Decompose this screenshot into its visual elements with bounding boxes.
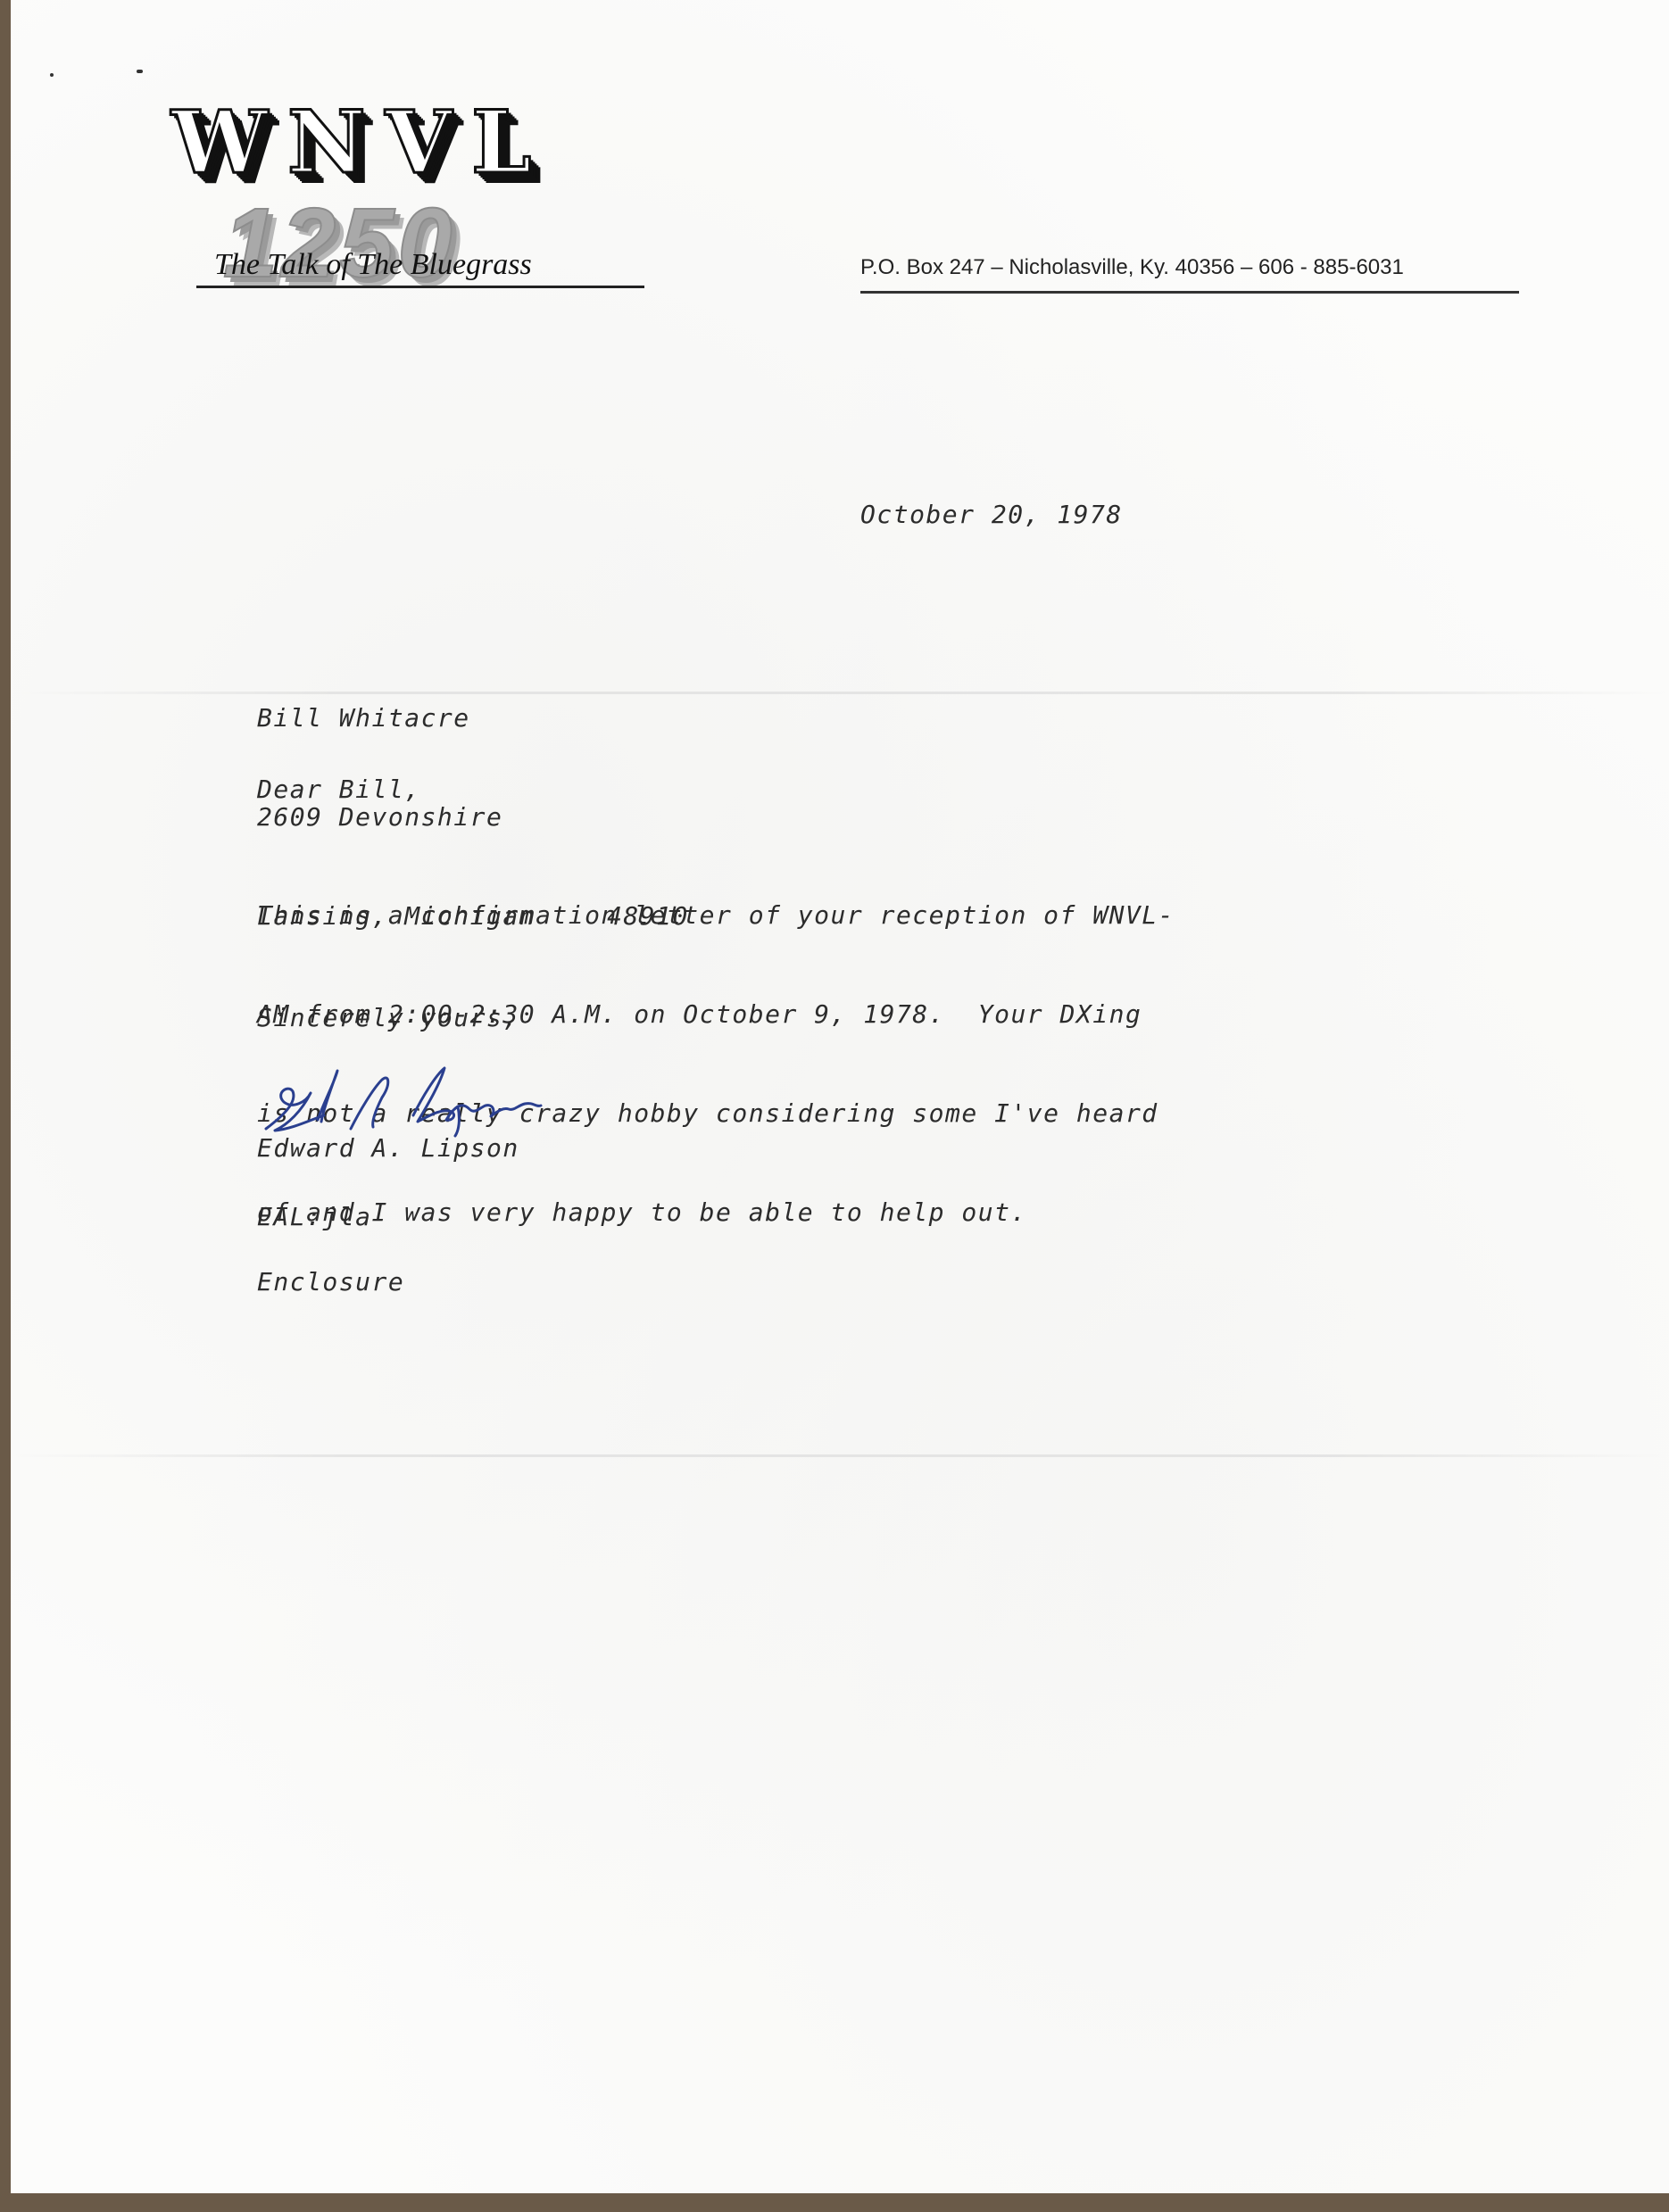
station-call-letters-logo: WNVL [171, 100, 552, 186]
signer-name: Edward A. Lipson [257, 1131, 519, 1164]
body-line: of and I was very happy to be able to he… [257, 1196, 1175, 1229]
letter-date: October 20, 1978 [860, 498, 1123, 531]
handwritten-signature [257, 1066, 596, 1138]
body-line: This is a confirmation letter of your re… [257, 899, 1175, 932]
reference-initials: EAL:jla [257, 1200, 372, 1233]
fold-crease [11, 1454, 1669, 1457]
closing: Sincerely yours, [257, 1001, 519, 1034]
letter-page: 1250 WNVL The Talk of The Bluegrass P.O.… [11, 0, 1669, 2193]
enclosure-note: Enclosure [257, 1265, 404, 1298]
address-underline [860, 291, 1519, 294]
ink-speck [50, 73, 54, 77]
letter-body: This is a confirmation letter of your re… [257, 833, 1175, 1295]
station-tagline: The Talk of The Bluegrass [214, 250, 532, 280]
salutation: Dear Bill, [257, 773, 421, 806]
ink-speck [137, 70, 143, 73]
station-address: P.O. Box 247 – Nicholasville, Ky. 40356 … [860, 257, 1404, 278]
tagline-underline [196, 286, 644, 288]
recipient-name: Bill Whitacre [257, 701, 689, 734]
